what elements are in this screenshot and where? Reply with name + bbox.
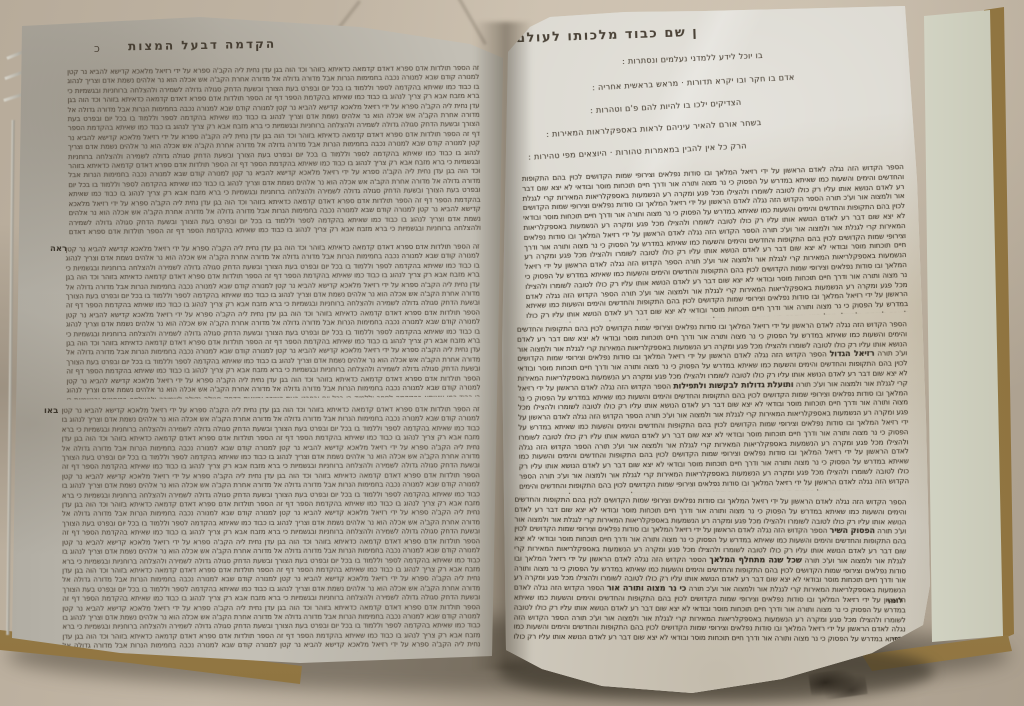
intro-line-3: הצדיקים ילכו בו להיות להם פ'ם וטהרות : [590,98,742,115]
intro-line-2: אדם בו חקר ובו יקרא תדורות · מראש בראשית… [592,73,795,93]
right-text-block-1: הספר הקדוש הזה נגלה לאדם הראשון על ידי ר… [522,162,909,324]
left-text-block-1: זה הספר תולדות אדם ספרא דאדם קדמאה כדאית… [67,64,481,238]
header-mark: ן [692,25,698,40]
margin-word: באו [44,406,58,416]
header-text: שם כבוד מלכותו לעולם [516,25,687,46]
left-page-header: הקדמה דבעל המצות [128,37,276,54]
intro-line-1: בו יוכל לידע ללמדני נעלמים ונסתרות : [622,51,763,66]
gutter-shadow [474,22,532,670]
left-text-block-2: זה הספר תולדות אדם ספרא דאדם קדמאה כדאית… [65,243,480,400]
intro-line-4: בשחר אורם להאיר עיניהם לראות באספקלראות … [546,118,762,139]
right-text-block-2: הספר הקדוש הזה נגלה לאדם הראשון על ידי ר… [517,319,909,494]
page-number: כ [94,42,100,55]
right-text-block-3: הספר הקדוש הזה נגלה לאדם הראשון על ידי ר… [513,495,906,646]
intro-line-5: הרק כל אין להבין במאמרות טהורות · היוצאי… [528,141,747,161]
margin-word: לומר [886,595,904,605]
right-page-header: ן שם כבוד מלכותו לעולם [516,25,699,46]
left-text-block-3: זה הספר תולדות אדם ספרא דאדם קדמאה כדאית… [62,405,481,652]
photograph-of-open-book: כ הקדמה דבעל המצות זה הספר תולדות אדם ספ… [0,0,1024,706]
